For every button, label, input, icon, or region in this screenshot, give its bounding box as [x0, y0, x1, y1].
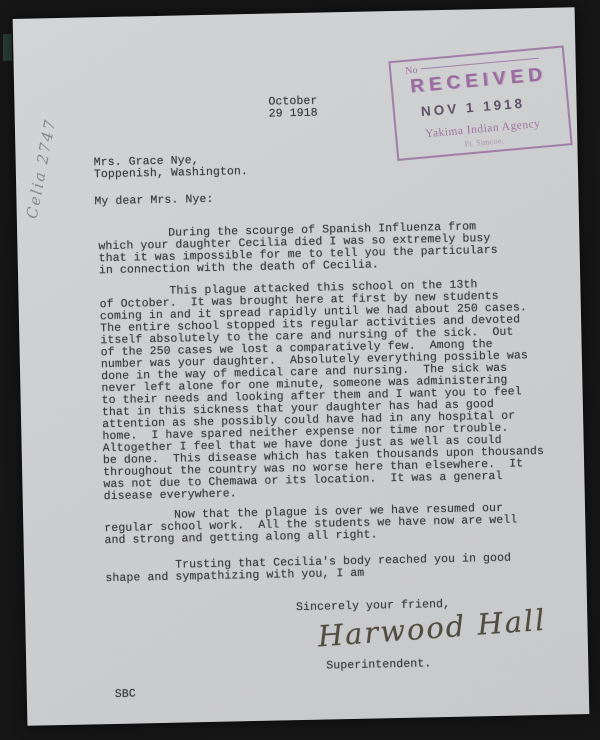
- handwritten-margin-note: Celia 2747: [23, 117, 60, 220]
- signer-title: Superintendent.: [326, 658, 431, 672]
- stamp-date-received: NOV 1 1918: [420, 96, 525, 119]
- photo-backdrop: Celia 2747 October 29 1918 No RECEIVED N…: [0, 0, 600, 740]
- typist-initials: SBC: [115, 689, 136, 701]
- edge-mark: [3, 34, 12, 61]
- body-paragraph-2: This plague attacked this school on the …: [99, 278, 545, 503]
- recipient-address: Mrs. Grace Nye, Toppenish, Washington.: [94, 154, 249, 181]
- body-paragraph-1: During the scourge of Spanish Influenza …: [98, 221, 498, 277]
- letter-date: October 29 1918: [268, 96, 318, 121]
- salutation: My dear Mrs. Nye:: [94, 194, 213, 208]
- received-stamp: No RECEIVED NOV 1 1918 Yakima Indian Age…: [388, 45, 572, 161]
- body-paragraph-4: Trusting that Cecilia's body reached you…: [105, 553, 511, 585]
- body-paragraph-3: Now that the plague is over we have resu…: [104, 503, 518, 548]
- letter-paper: Celia 2747 October 29 1918 No RECEIVED N…: [13, 7, 590, 726]
